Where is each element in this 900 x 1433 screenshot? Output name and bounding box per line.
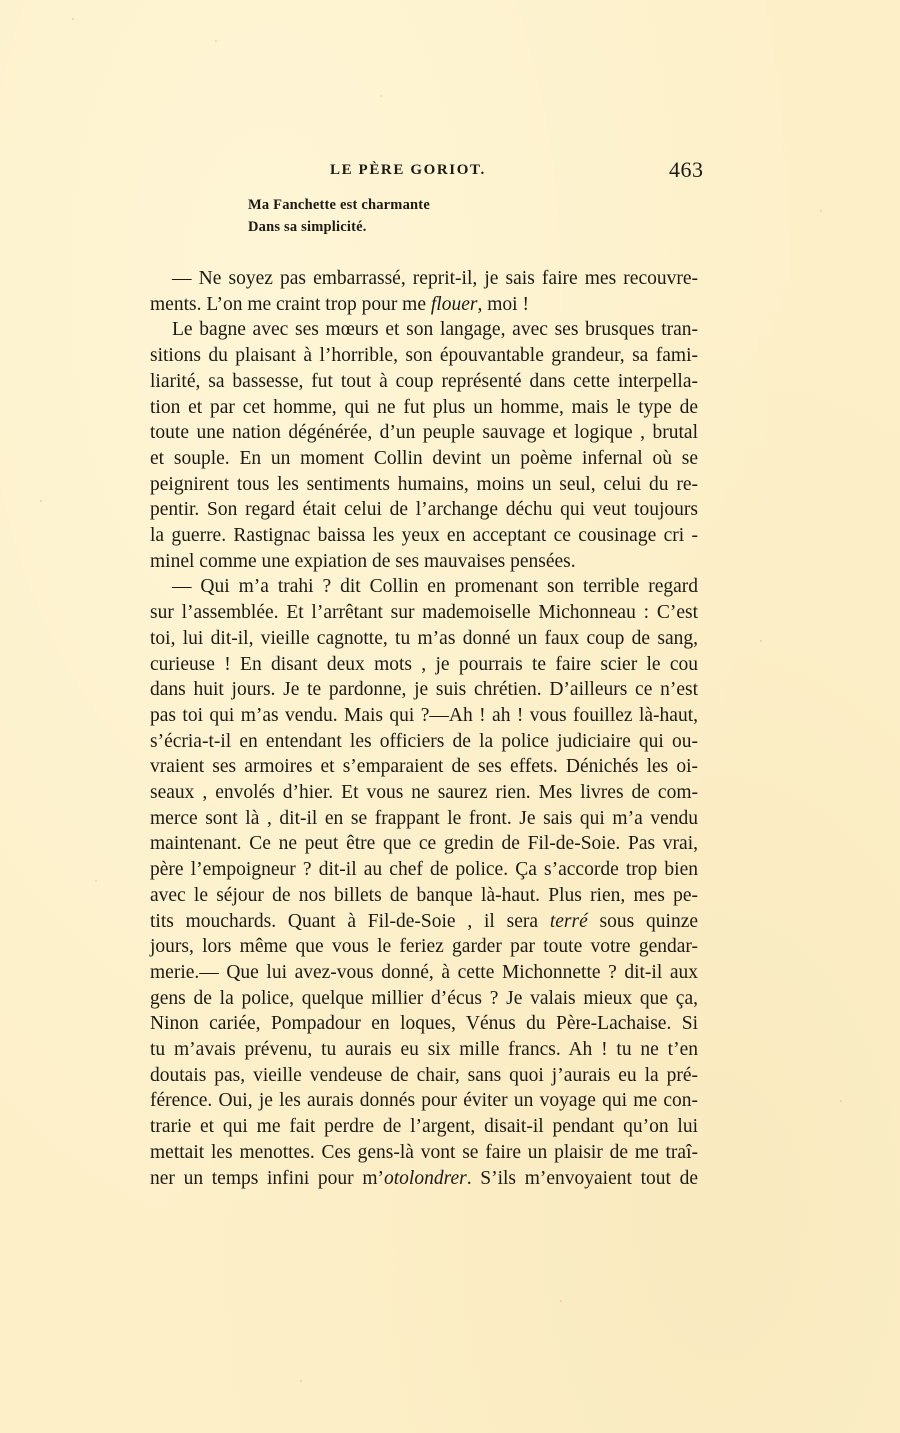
text-segment: avec le séjour de nos billets de banque … — [150, 885, 698, 906]
text-line: s’écria-t-il en entendant les officiers … — [150, 729, 698, 755]
text-line: seaux , envolés d’hier. Et vous ne saure… — [150, 780, 698, 806]
paper-speck — [72, 18, 74, 20]
text-line: férence. Oui, je les aurais donnés pour … — [150, 1088, 698, 1114]
text-segment: pas toi qui m’as vendu. Mais qui ?—Ah ! … — [150, 705, 698, 726]
italic-word: terré — [550, 911, 588, 932]
text-line: gens de la police, quelque millier d’écu… — [150, 986, 698, 1012]
text-line: toute une nation dégénérée, d’un peuple … — [150, 420, 698, 446]
text-segment: s’écria-t-il en entendant les officiers … — [150, 731, 698, 752]
text-line: père l’empoigneur ? dit-il au chef de po… — [150, 857, 698, 883]
text-segment: la guerre. Rastignac baissa les yeux en … — [150, 525, 698, 546]
text-segment: ner un temps infini pour m’ — [150, 1168, 384, 1189]
text-segment: toute une nation dégénérée, d’un peuple … — [150, 422, 698, 443]
text-segment: Le bagne avec ses mœurs et son langage, … — [172, 319, 698, 340]
text-line: Le bagne avec ses mœurs et son langage, … — [172, 317, 698, 343]
text-line: minel comme une expiation de ses mauvais… — [150, 549, 698, 575]
text-line: — Qui m’a trahi ? dit Collin en promenan… — [172, 574, 698, 600]
text-segment: toi, lui dit-il, vieille cagnotte, tu m’… — [150, 628, 698, 649]
text-segment: père l’empoigneur ? dit-il au chef de po… — [150, 859, 698, 880]
text-line: toi, lui dit-il, vieille cagnotte, tu m’… — [150, 626, 698, 652]
text-segment: Ninon cariée, Pompadour en loques, Vénus… — [150, 1013, 698, 1034]
paper-speck — [840, 1100, 842, 1102]
text-segment: sur l’assemblée. Et l’arrêtant sur madem… — [150, 602, 698, 623]
text-line: avec le séjour de nos billets de banque … — [150, 883, 698, 909]
text-segment: trarie et qui me fait perdre de l’argent… — [150, 1116, 698, 1137]
text-segment: mettait les menottes. Ces gens-là vont s… — [150, 1142, 698, 1163]
text-segment: pentir. Son regard était celui de l’arch… — [150, 499, 698, 520]
book-page: LE PÈRE GORIOT. 463 Ma Fanchette est cha… — [0, 0, 900, 1433]
text-segment: tion et par cet homme, qui ne fut plus u… — [150, 397, 698, 418]
text-line: sitions du plaisant à l’horrible, son ép… — [150, 343, 698, 369]
text-segment: minel comme une expiation de ses mauvais… — [150, 551, 576, 572]
italic-word: otolondrer — [384, 1168, 467, 1189]
text-segment: sous quinze — [588, 911, 698, 932]
paper-speck — [760, 640, 762, 642]
text-line: merie.— Que lui avez-vous donné, à cette… — [150, 960, 698, 986]
text-line: — Ne soyez pas embarrassé, reprit-il, je… — [172, 266, 698, 292]
text-line: pas toi qui m’as vendu. Mais qui ?—Ah ! … — [150, 703, 698, 729]
text-line: tu m’avais prévenu, tu aurais eu six mil… — [150, 1037, 698, 1063]
text-segment: — Ne soyez pas embarrassé, reprit-il, je… — [172, 268, 698, 289]
text-segment: vraient ses armoires et s’emparaient de … — [150, 756, 698, 777]
text-segment: — Qui m’a trahi ? dit Collin en promenan… — [172, 576, 698, 597]
text-line: maintenant. Ce ne peut être que ce gredi… — [150, 831, 698, 857]
text-line: liarité, sa bassesse, fut tout à coup re… — [150, 369, 698, 395]
paper-speck — [40, 500, 42, 502]
text-segment: , moi ! — [477, 294, 528, 315]
text-line: dans huit jours. Je te pardonne, je suis… — [150, 677, 698, 703]
text-line: doutais pas, vieille vendeuse de chair, … — [150, 1063, 698, 1089]
paper-speck — [95, 880, 97, 882]
text-segment: jours, lors même que vous le feriez gard… — [150, 936, 698, 957]
text-line: tion et par cet homme, qui ne fut plus u… — [150, 395, 698, 421]
text-segment: maintenant. Ce ne peut être que ce gredi… — [150, 833, 698, 854]
text-line: mettait les menottes. Ces gens-là vont s… — [150, 1140, 698, 1166]
text-segment: . S’ils m’envoyaient tout de — [467, 1168, 698, 1189]
italic-word: flouer — [431, 294, 478, 315]
text-segment: merce sont là , dit-il en se frappant le… — [150, 808, 698, 829]
text-segment: doutais pas, vieille vendeuse de chair, … — [150, 1065, 698, 1086]
text-segment: tu m’avais prévenu, tu aurais eu six mil… — [150, 1039, 698, 1060]
paper-speck — [560, 1300, 562, 1302]
text-segment: seaux , envolés d’hier. Et vous ne saure… — [150, 782, 698, 803]
text-line: et souple. En un moment Collin devint un… — [150, 446, 698, 472]
text-line: pentir. Son regard était celui de l’arch… — [150, 497, 698, 523]
text-line: sur l’assemblée. Et l’arrêtant sur madem… — [150, 600, 698, 626]
text-line: Ninon cariée, Pompadour en loques, Vénus… — [150, 1011, 698, 1037]
text-segment: peignirent tous les sentiments humains, … — [150, 474, 698, 495]
text-line: tits mouchards. Quant à Fil-de-Soie , il… — [150, 909, 698, 935]
text-line: merce sont là , dit-il en se frappant le… — [150, 806, 698, 832]
paper-speck — [380, 95, 382, 97]
paper-speck — [820, 210, 822, 212]
text-segment: dans huit jours. Je te pardonne, je suis… — [150, 679, 698, 700]
verse-line: Ma Fanchette est charmante — [248, 197, 430, 214]
text-segment: merie.— Que lui avez-vous donné, à cette… — [150, 962, 698, 983]
text-line: ments. L’on me craint trop pour me floue… — [150, 292, 698, 318]
text-line: curieuse ! En disant deux mots , je pour… — [150, 652, 698, 678]
text-segment: et souple. En un moment Collin devint un… — [150, 448, 698, 469]
text-line: ner un temps infini pour m’otolondrer. S… — [150, 1166, 698, 1192]
text-segment: gens de la police, quelque millier d’écu… — [150, 988, 698, 1009]
text-line: la guerre. Rastignac baissa les yeux en … — [150, 523, 698, 549]
text-line: peignirent tous les sentiments humains, … — [150, 472, 698, 498]
text-segment: férence. Oui, je les aurais donnés pour … — [150, 1090, 698, 1111]
text-segment: sitions du plaisant à l’horrible, son ép… — [150, 345, 698, 366]
page-number: 463 — [669, 157, 704, 183]
text-segment: tits mouchards. Quant à Fil-de-Soie , il… — [150, 911, 550, 932]
running-head: LE PÈRE GORIOT. — [330, 162, 486, 179]
verse-line: Dans sa simplicité. — [248, 219, 367, 236]
text-line: trarie et qui me fait perdre de l’argent… — [150, 1114, 698, 1140]
text-segment: curieuse ! En disant deux mots , je pour… — [150, 654, 698, 675]
text-line: vraient ses armoires et s’emparaient de … — [150, 754, 698, 780]
paper-speck — [300, 1380, 302, 1382]
paper-speck — [215, 40, 217, 42]
text-segment: liarité, sa bassesse, fut tout à coup re… — [150, 371, 698, 392]
text-line: jours, lors même que vous le feriez gard… — [150, 934, 698, 960]
text-segment: ments. L’on me craint trop pour me — [150, 294, 431, 315]
